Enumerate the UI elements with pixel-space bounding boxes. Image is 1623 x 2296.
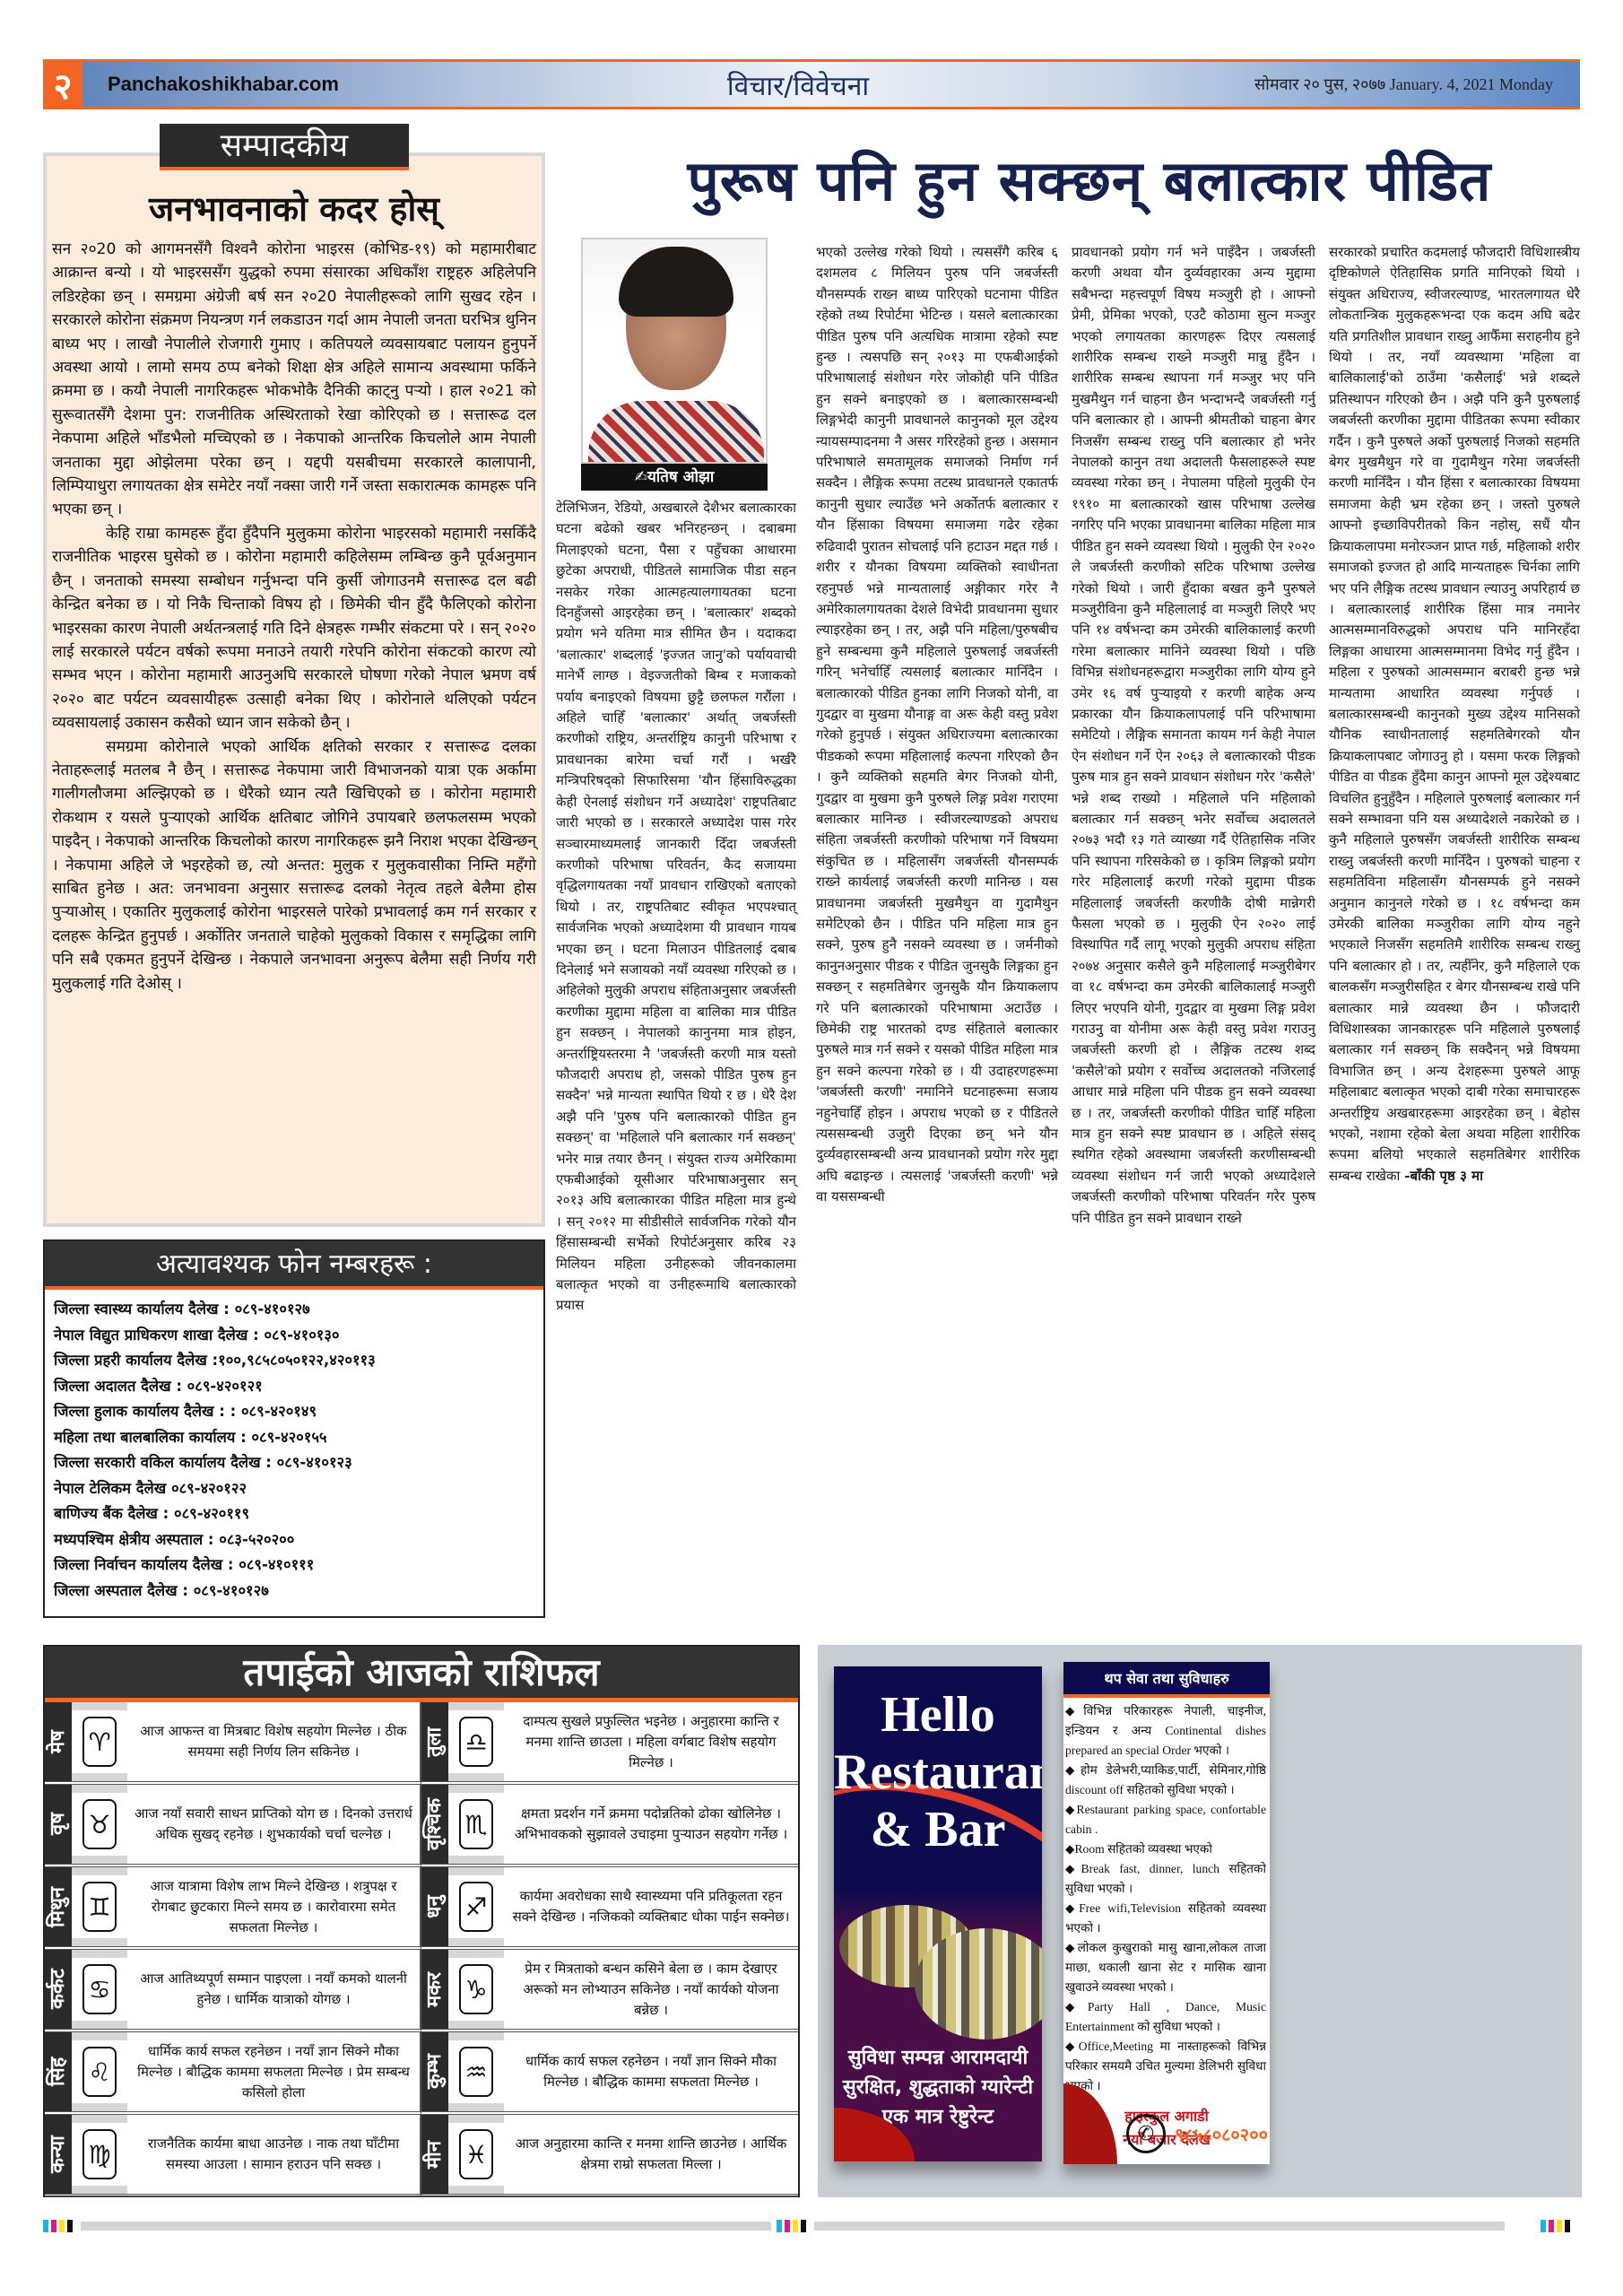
sign-name: मकर: [421, 1950, 448, 2029]
service-item: होम डेलेभरी,प्याकिङ,पार्टी, सेमिनार,गोष्…: [1065, 1761, 1266, 1800]
sign-name: कुम्भ: [421, 2032, 448, 2111]
article-column-4: सरकारको प्रचारित कदमलाई फौजदारी विधिशास्…: [1329, 242, 1580, 1187]
registration-bar: [81, 2222, 771, 2231]
phone-entry: मध्यपश्चिम क्षेत्रीय अस्पताल : ०८३-५२०२०…: [54, 1527, 534, 1553]
sign-name: धनु: [421, 1867, 448, 1946]
author-byline: ✍यतिष ओझा: [581, 464, 768, 491]
horoscope-sign-mithun: मिथुन ♊ आज यात्रामा विशेष लाभ मिल्ने देख…: [45, 1867, 421, 1950]
sign-name: मेष: [45, 1702, 72, 1781]
phone-number[interactable]: ९८५८०८०२००: [1175, 2122, 1268, 2146]
horoscope-sign-makar: मकर ♑ प्रेम र मित्रताको बन्धन कसिने बेला…: [421, 1950, 798, 2032]
registration-marks: [43, 2220, 73, 2232]
registration-marks: [777, 2220, 806, 2232]
pisces-icon: ♓: [459, 2129, 493, 2179]
taurus-icon: ♉: [82, 1799, 117, 1849]
service-item: Restaurant parking space, confortable ca…: [1065, 1800, 1266, 1839]
sign-forecast: आज आफन्त वा मित्रबाट विशेष सहयोग मिल्नेछ…: [127, 1702, 420, 1781]
phone-entry: जिल्ला प्रहरी कार्यालय दैलेख :१००,९८५८०५…: [54, 1348, 534, 1374]
horoscope-sign-kumbha: कुम्भ ♒ धार्मिक कार्य सफल रहनेछन । नयाँ …: [421, 2032, 798, 2115]
sign-forecast: आज नयाँ सवारी साधन प्राप्तिको योग छ । दि…: [127, 1785, 420, 1864]
phone-icon: ✆: [1126, 2114, 1166, 2153]
service-item: लोकल कुखुराको मासु खाना,लोकल ताजा माछा, …: [1065, 1938, 1266, 1997]
leo-icon: ♌: [82, 2047, 117, 2097]
service-item: Break fast, dinner, lunch सहितको सुविधा …: [1065, 1859, 1266, 1899]
sagittarius-icon: ♐: [459, 1882, 493, 1932]
phone-entry: बाणिज्य बैंक दैलेख : ०८९-४२०११९: [54, 1501, 534, 1527]
scorpio-icon: ♏: [459, 1799, 493, 1849]
sign-forecast: प्रेम र मित्रताको बन्धन कसिने बेला छ । क…: [504, 1950, 798, 2029]
article-column-4-text: सरकारको प्रचारित कदमलाई फौजदारी विधिशास्…: [1329, 244, 1580, 1184]
phone-entry: जिल्ला हुलाक कार्यालय दैलेख : : ०८९-४२०१…: [54, 1399, 534, 1425]
restaurant-phone: ✆ ९८५८०८०२००: [1126, 2114, 1268, 2153]
sign-name: कन्या: [45, 2115, 72, 2194]
phone-entry: जिल्ला सरकारी वकिल कार्यालय दैलेख : ०८९-…: [54, 1450, 534, 1476]
section-title: विचार/विवेचना: [610, 66, 986, 103]
cancer-icon: ♋: [82, 1964, 117, 2014]
horoscope: तपाईको आजको राशिफल मेष ♈ आज आफन्त वा मित…: [43, 1645, 800, 2197]
service-item: विभिन्न परिकारहरू नेपाली, चाइनीज, इन्डिय…: [1065, 1701, 1266, 1761]
sign-name: वृष: [45, 1785, 72, 1864]
article-headline: पुरूष पनि हुन सक्छन् बलात्कार पीडित: [574, 142, 1605, 217]
sign-name: तुला: [421, 1702, 448, 1781]
restaurant-photo-2: [915, 1928, 1042, 2039]
horoscope-sign-singha: सिंह ♌ धार्मिक कार्य सफल रहनेछन । नयाँ ज…: [45, 2032, 421, 2115]
sign-name: कर्कट: [45, 1950, 72, 2029]
horoscope-sign-meen: मीन ♓ आज अनुहारमा कान्ति र मनमा शान्ति छ…: [421, 2115, 798, 2197]
sign-forecast: धार्मिक कार्य सफल रहनेछन । नयाँ ज्ञान सि…: [504, 2032, 798, 2111]
dateline: सोमवार २० पुस, २०७७ January. 4, 2021 Mon…: [1254, 74, 1553, 95]
registration-bar: [814, 2222, 1505, 2231]
continued-link[interactable]: -बाँकी पृष्ठ ३ मा: [1404, 1168, 1483, 1184]
author-photo: [581, 238, 768, 464]
phone-entry: नेपाल विद्युत प्राधिकरण शाखा दैलेख : ०८९…: [54, 1323, 534, 1349]
services-title: थप सेवा तथा सुविधाहरु: [1063, 1662, 1270, 1698]
page-number: २: [43, 62, 82, 107]
virgo-icon: ♍: [82, 2129, 117, 2179]
horoscope-sign-kanya: कन्या ♍ राजनैतिक कार्यमा बाधा आउनेछ । ना…: [45, 2115, 421, 2197]
editorial-title: जनभावनाको कदर होस्: [43, 185, 545, 231]
horoscope-grid: मेष ♈ आज आफन्त वा मित्रबाट विशेष सहयोग म…: [45, 1702, 798, 2197]
gemini-icon: ♊: [82, 1882, 117, 1932]
service-item: Office,Meeting मा नास्ताहरूको विभिन्न पर…: [1065, 2037, 1266, 2096]
capricorn-icon: ♑: [459, 1964, 493, 2014]
emergency-phones-title: अत्यावश्यक फोन नम्बरहरू :: [45, 1241, 543, 1290]
phone-entry: महिला तथा बालबालिका कार्यालय : ०८९-४२०१५…: [54, 1425, 534, 1451]
masthead: २ Panchakoshikhabar.com विचार/विवेचना सो…: [43, 59, 1580, 109]
registration-marks: [1541, 2220, 1570, 2232]
aries-icon: ♈: [82, 1717, 117, 1767]
phone-entry: जिल्ला निर्वाचन कार्यालय दैलेख : ०८९-४१०…: [54, 1552, 534, 1578]
editorial-paragraph: केहि राम्रा कामहरू हुँदा हुँदैपनि मुलुकम…: [52, 522, 536, 735]
phone-entry: जिल्ला स्वास्थ्य कार्यालय दैलेख : ०८९-४१…: [54, 1297, 534, 1323]
editorial-label: सम्पादकीय: [160, 124, 409, 170]
sign-forecast: आज यात्रामा विशेष लाभ मिल्ने देखिन्छ । श…: [127, 1867, 420, 1946]
photo-hair: [619, 247, 733, 317]
editorial-body: सन २०20 को आगमनसँगै विश्वनै कोरोना भाइरस…: [52, 238, 536, 996]
horoscope-sign-tula: तुला ♎ दाम्पत्य सुखले प्रफुल्लित भइनेछ ।…: [421, 1702, 798, 1785]
sign-forecast: आज आतिथ्यपूर्ण सम्मान पाइएला । नयाँ कमको…: [127, 1950, 420, 2029]
services-list: विभिन्न परिकारहरू नेपाली, चाइनीज, इन्डिय…: [1063, 1698, 1270, 2096]
article-column-1: टेलिभिजन, रेडियो, अखबारले देशैभर बलात्का…: [556, 498, 796, 1317]
horoscope-sign-mesh: मेष ♈ आज आफन्त वा मित्रबाट विशेष सहयोग म…: [45, 1702, 421, 1785]
emergency-phones: अत्यावश्यक फोन नम्बरहरू : जिल्ला स्वास्थ…: [43, 1239, 545, 1618]
phone-entry: नेपाल टेलिकम दैलेख ०८९-४२०१२२: [54, 1476, 534, 1502]
libra-icon: ♎: [459, 1717, 493, 1767]
horoscope-title: तपाईको आजको राशिफल: [45, 1647, 798, 1702]
photo-shirt: [588, 401, 764, 464]
sign-forecast: आज अनुहारमा कान्ति र मनमा शान्ति छाउनेछ …: [504, 2115, 798, 2194]
restaurant-ad-banner: Hello Restaurant & Bar सुविधा सम्पन्न आर…: [834, 1666, 1042, 2161]
restaurant-name: Hello Restaurant & Bar: [834, 1686, 1042, 1858]
sign-forecast: क्षमता प्रदर्शन गर्ने क्रममा पदोन्नतिको …: [504, 1785, 798, 1864]
phone-entry: जिल्ला अस्पताल दैलेख : ०८९-४१०१२७: [54, 1578, 534, 1605]
horoscope-sign-vrish: वृष ♉ आज नयाँ सवारी साधन प्राप्तिको योग …: [45, 1785, 421, 1867]
sign-forecast: दाम्पत्य सुखले प्रफुल्लित भइनेछ । अनुहार…: [504, 1702, 798, 1781]
horoscope-sign-vrishchik: वृश्चिक ♏ क्षमता प्रदर्शन गर्ने क्रममा प…: [421, 1785, 798, 1867]
article-column-2: भएको उल्लेख गरेको थियो । त्यससँगै करिब ६…: [816, 242, 1058, 1208]
editorial-paragraph: सन २०20 को आगमनसँगै विश्वनै कोरोना भाइरस…: [52, 238, 536, 522]
sign-forecast: धार्मिक कार्य सफल रहनेछन । नयाँ ज्ञान सि…: [127, 2032, 420, 2111]
sign-forecast: कार्यमा अवरोधका साथै स्वास्थ्यमा पनि प्र…: [504, 1867, 798, 1946]
service-item: Free wifi,Television सहितको व्यवस्था भएक…: [1065, 1899, 1266, 1938]
article-column-3: प्रावधानको प्रयोग गर्न भने पाइँदैन । जबर…: [1072, 242, 1315, 1229]
service-item: Party Hall , Dance, Music Entertainment …: [1065, 1997, 1266, 2037]
sign-name: मीन: [421, 2115, 448, 2194]
site-name[interactable]: Panchakoshikhabar.com: [108, 73, 610, 96]
horoscope-sign-karkat: कर्कट ♋ आज आतिथ्यपूर्ण सम्मान पाइएला । न…: [45, 1950, 421, 2032]
editorial-paragraph: समग्रमा कोरोनाले भएको आर्थिक क्षतिको सरक…: [52, 735, 536, 996]
service-item: Room सहितको व्यवस्था भएको: [1065, 1839, 1266, 1859]
restaurant-services: थप सेवा तथा सुविधाहरु विभिन्न परिकारहरू …: [1063, 1662, 1270, 2164]
sign-name: मिथुन: [45, 1867, 72, 1946]
sign-name: वृश्चिक: [421, 1785, 448, 1864]
phone-list: जिल्ला स्वास्थ्य कार्यालय दैलेख : ०८९-४१…: [45, 1290, 543, 1611]
phone-entry: जिल्ला अदालत दैलेख : ०८९-४२०१२१: [54, 1374, 534, 1400]
sign-name: सिंह: [45, 2032, 72, 2111]
horoscope-sign-dhanu: धनु ♐ कार्यमा अवरोधका साथै स्वास्थ्यमा प…: [421, 1867, 798, 1950]
sign-forecast: राजनैतिक कार्यमा बाधा आउनेछ । नाक तथा घा…: [127, 2115, 420, 2194]
aquarius-icon: ♒: [459, 2047, 493, 2097]
